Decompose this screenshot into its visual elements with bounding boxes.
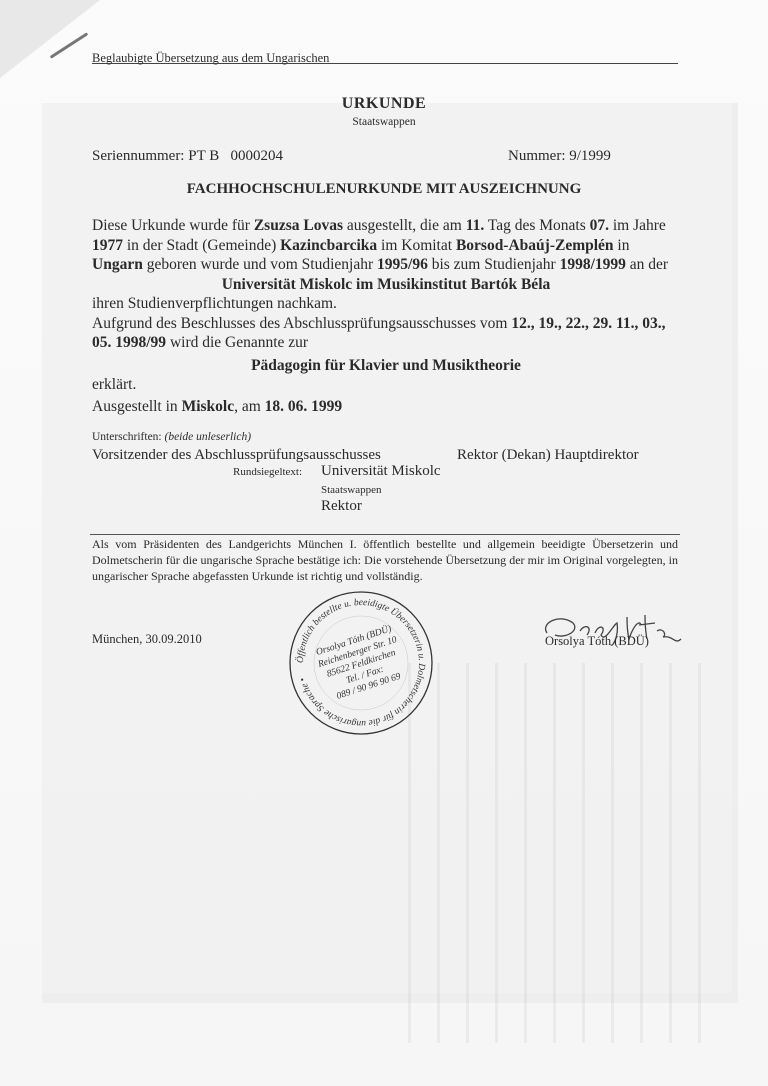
body-text-2-end: erklärt. <box>92 376 136 393</box>
translator-stamp-icon: Öffentlich bestellte u. beeidigte Überse… <box>288 590 434 736</box>
certificate-heading: FACHHOCHSCHULENURKUNDE MIT AUSZEICHNUNG <box>0 181 768 198</box>
institution-name: Universität Miskolc im Musikinstitut Bar… <box>92 275 680 295</box>
signature-left-title: Vorsitzender des Abschlussprüfungsaussch… <box>92 447 381 464</box>
seal-rektor: Rektor <box>321 498 362 515</box>
document-number: Nummer: 9/1999 <box>508 148 611 165</box>
body-paragraph-1: Diese Urkunde wurde für Zsuzsa Lovas aus… <box>92 216 680 395</box>
signer-name: Orsolya Tóth (BDÜ) <box>545 634 649 649</box>
issued-line: Ausgestellt in Miskolc, am 18. 06. 1999 <box>92 397 680 417</box>
body-text-1: Diese Urkunde wurde für Zsuzsa Lovas aus… <box>92 217 668 273</box>
certification-rule <box>90 534 680 535</box>
seal-wappen: Staatswappen <box>321 484 381 496</box>
qualification: Pädagogin für Klavier und Musiktheorie <box>92 356 680 376</box>
seal-label: Rundsiegeltext: <box>233 466 302 478</box>
document-title: URKUNDE <box>0 95 768 113</box>
body-text-1-end: ihren Studienverpflichtungen nachkam. <box>92 295 337 312</box>
signatures-label: Unterschriften: (beide unleserlich) <box>92 431 251 443</box>
place-date: München, 30.09.2010 <box>92 632 202 647</box>
certification-text: Als vom Präsidenten des Landgerichts Mün… <box>92 536 678 584</box>
body-text-2: Aufgrund des Beschlusses des Abschlusspr… <box>92 315 666 352</box>
document-subtitle: Staatswappen <box>0 116 768 128</box>
signature-right-title: Rektor (Dekan) Hauptdirektor <box>457 447 639 464</box>
serial-number: Seriennummer: PT B 0000204 <box>92 148 283 165</box>
folded-corner <box>0 0 100 78</box>
seal-text: Universität Miskolc <box>321 463 441 480</box>
document-page: Beglaubigte Übersetzung aus dem Ungarisc… <box>0 0 768 1086</box>
header-rule <box>92 63 678 64</box>
